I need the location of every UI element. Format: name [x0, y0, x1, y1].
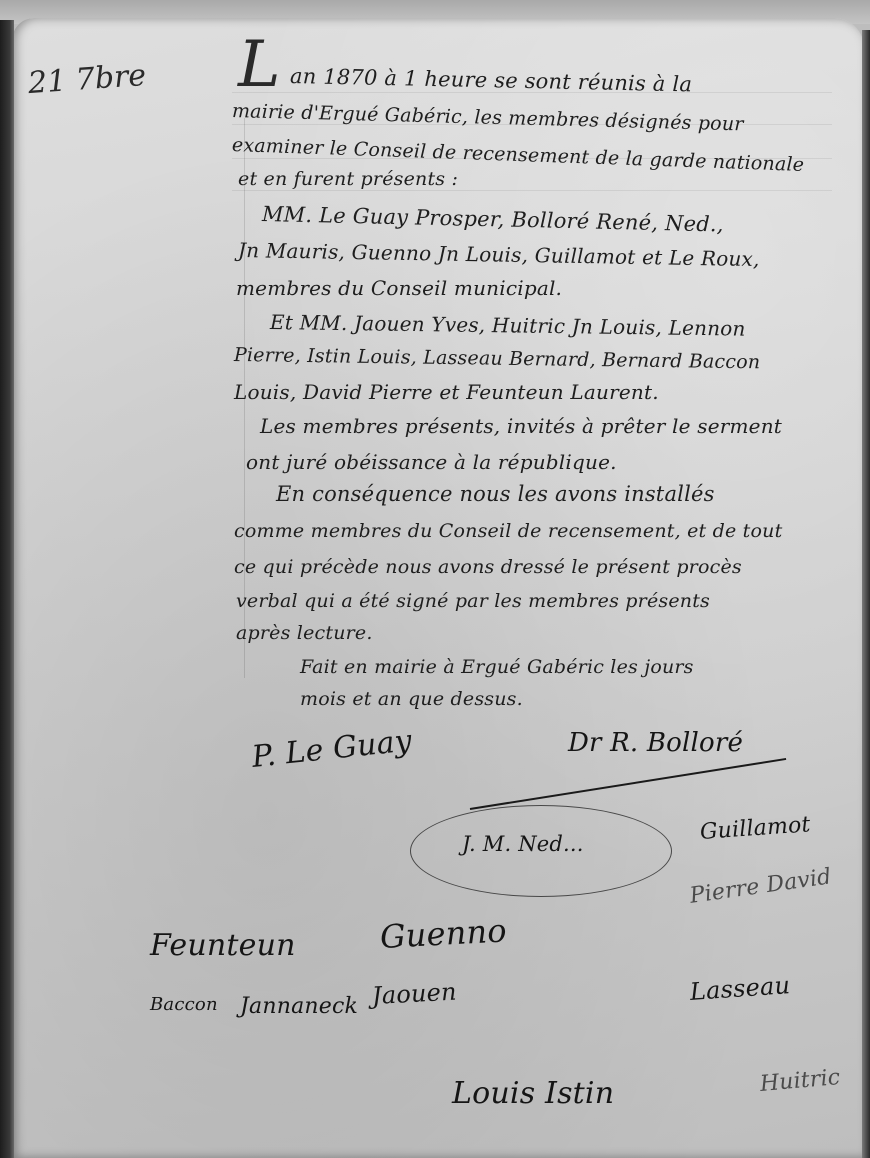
signature: Baccon: [150, 994, 218, 1015]
body-line: verbal qui a été signé par les membres p…: [236, 590, 710, 612]
signature: Dr R. Bolloré: [568, 728, 743, 758]
signature: J. M. Ned...: [462, 832, 584, 856]
body-line: et en furent présents :: [238, 168, 458, 190]
body-line: après lecture.: [236, 622, 373, 644]
body-line: Louis, David Pierre et Feunteun Laurent.: [234, 380, 659, 404]
body-line: En conséquence nous les avons installés: [276, 482, 715, 506]
body-line: mois et an que dessus.: [300, 688, 523, 710]
ruled-line: [232, 190, 832, 191]
signature: Feunteun: [150, 928, 296, 963]
body-line: membres du Conseil municipal.: [236, 276, 562, 300]
body-line: ce qui précède nous avons dressé le prés…: [234, 556, 742, 578]
initial-letter: L: [238, 28, 281, 102]
page-edge: [862, 30, 870, 1158]
body-line: comme membres du Conseil de recensement,…: [234, 520, 782, 542]
body-line: Fait en mairie à Ergué Gabéric les jours: [300, 656, 694, 678]
body-line: Les membres présents, invités à prêter l…: [260, 414, 782, 438]
signature: Guenno: [379, 911, 508, 956]
signature: Jaouen: [371, 978, 457, 1010]
signature: Louis Istin: [452, 1076, 614, 1111]
book-binding: [0, 20, 14, 1158]
body-line: ont juré obéissance à la république.: [246, 450, 617, 474]
signature: Jannaneck: [240, 994, 358, 1019]
